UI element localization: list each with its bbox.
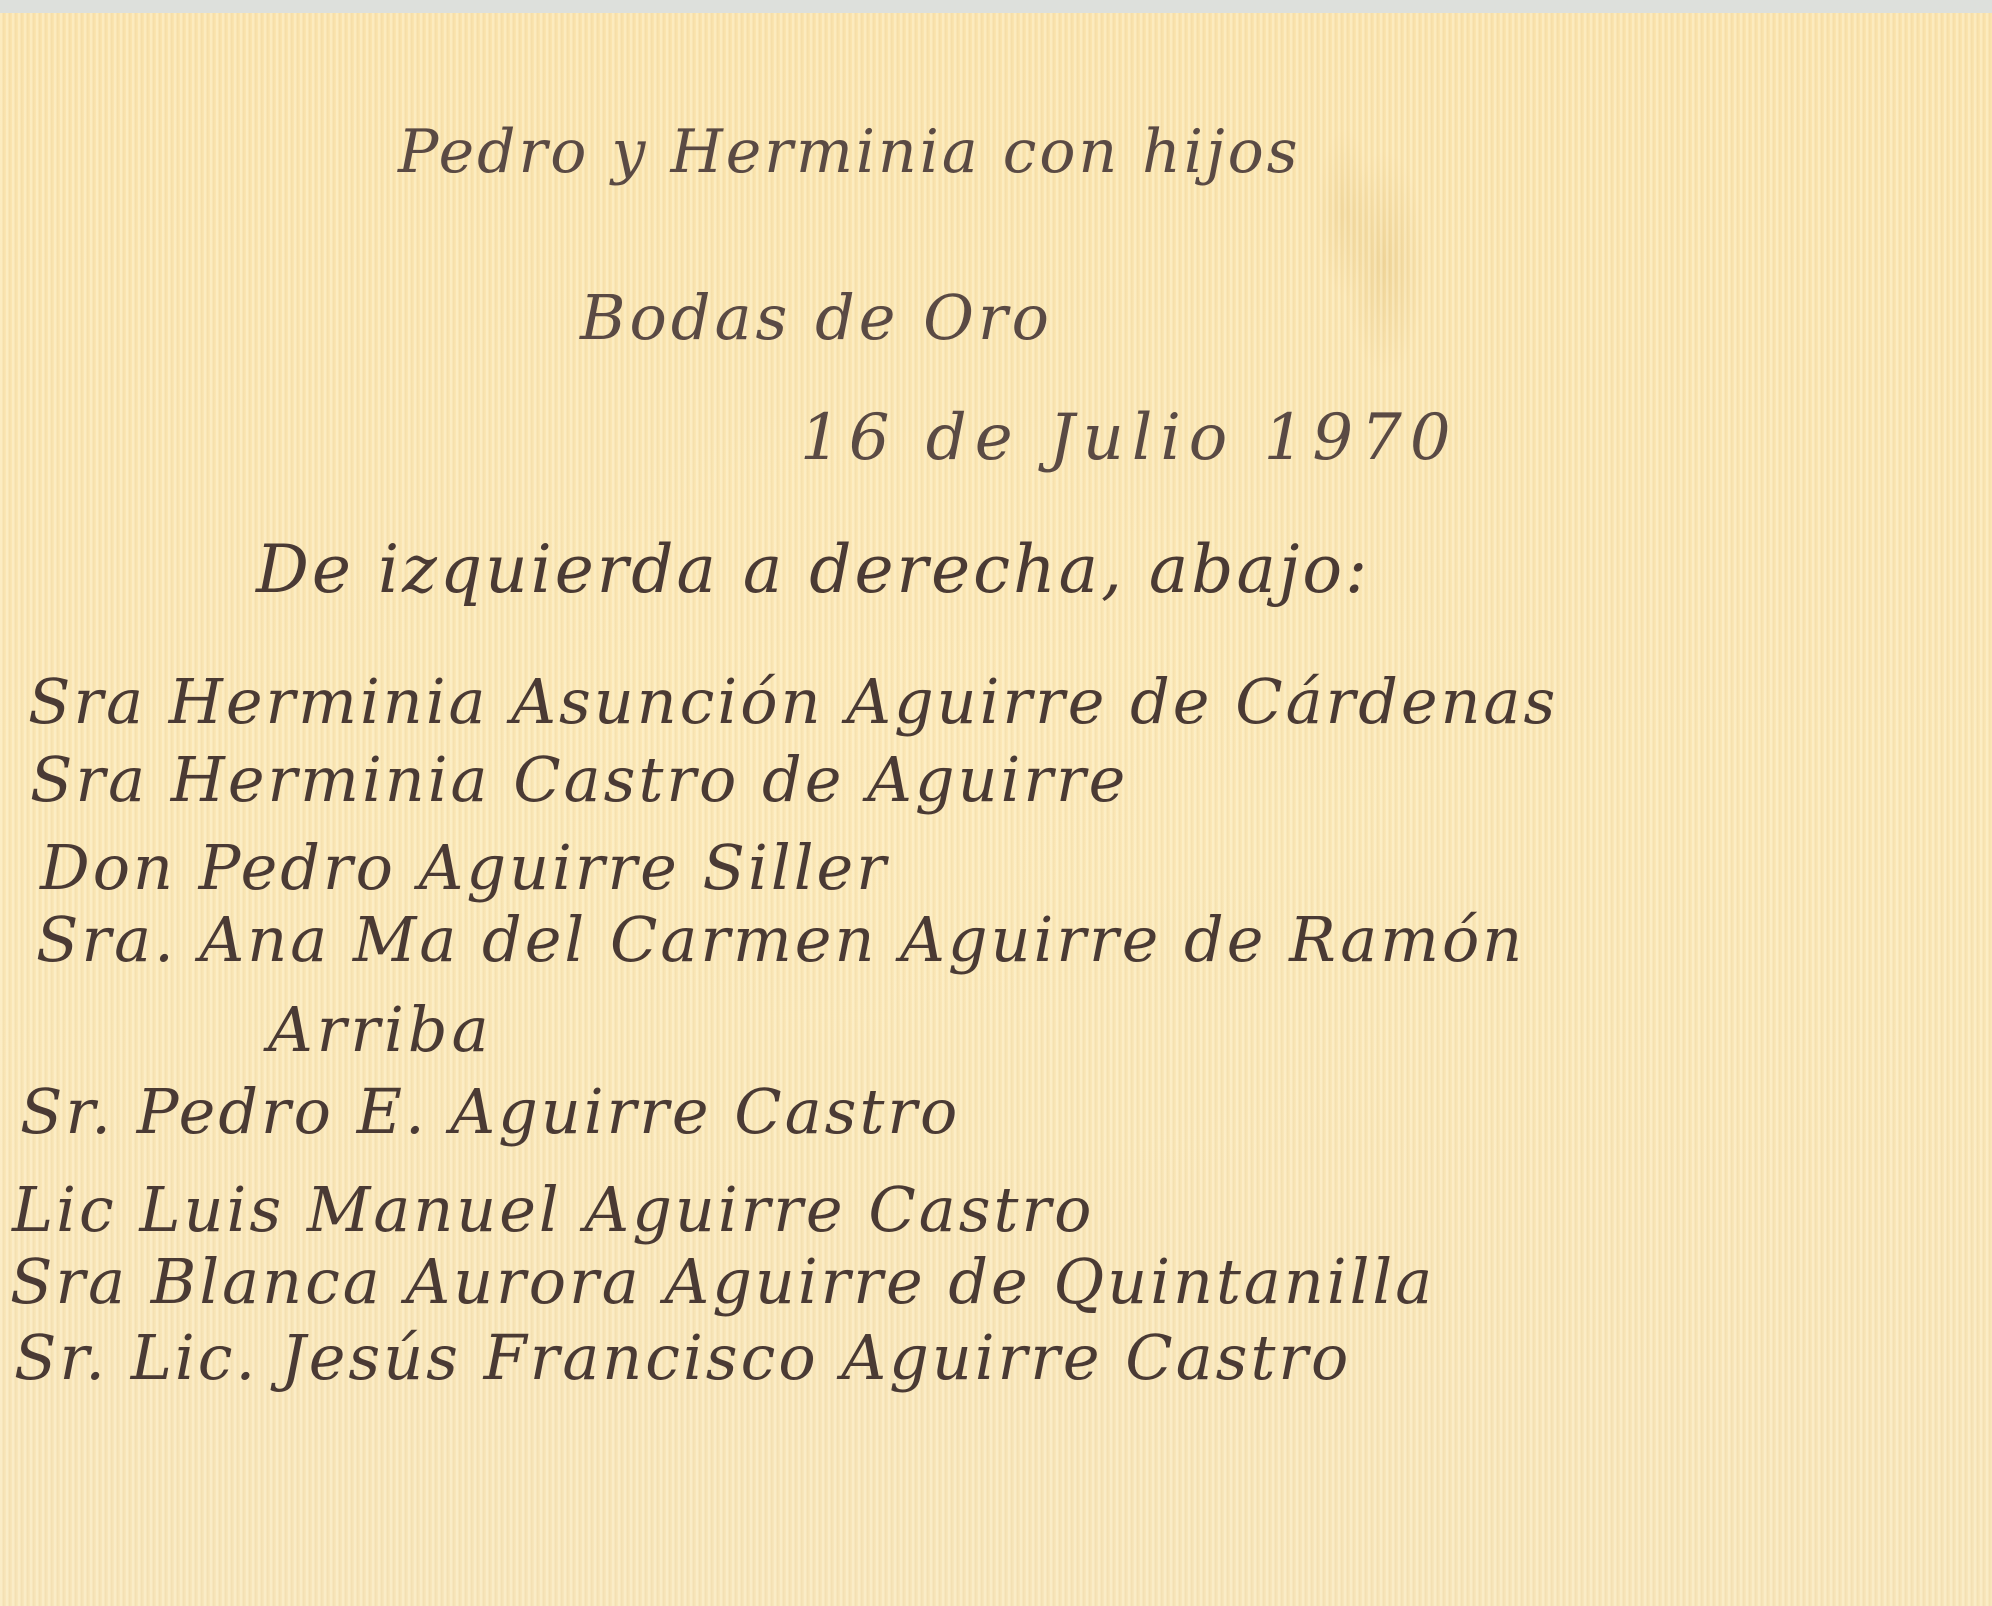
card-title: Pedro y Herminia con hijos xyxy=(398,117,1301,187)
name-line: Lic Luis Manuel Aguirre Castro xyxy=(12,1173,1094,1246)
caption-intro: De izquierda a derecha, abajo: xyxy=(256,531,1370,608)
name-line: Sr. Lic. Jesús Francisco Aguirre Castro xyxy=(14,1321,1351,1394)
section-label-top: Arriba xyxy=(268,993,493,1066)
name-line: Sra Herminia Castro de Aguirre xyxy=(30,743,1128,816)
name-line: Sr. Pedro E. Aguirre Castro xyxy=(20,1075,960,1148)
card-date: 16 de Julio 1970 xyxy=(800,401,1459,475)
name-line: Don Pedro Aguirre Siller xyxy=(40,831,889,904)
handwritten-card: Pedro y Herminia con hijos Bodas de Oro … xyxy=(0,13,1992,1606)
name-line: Sra Herminia Asunción Aguirre de Cárdena… xyxy=(28,665,1558,738)
name-line: Sra Blanca Aurora Aguirre de Quintanilla xyxy=(10,1245,1435,1318)
card-subtitle: Bodas de Oro xyxy=(580,281,1053,354)
scanner-edge xyxy=(0,0,1992,13)
name-line: Sra. Ana Ma del Carmen Aguirre de Ramón xyxy=(36,903,1525,976)
